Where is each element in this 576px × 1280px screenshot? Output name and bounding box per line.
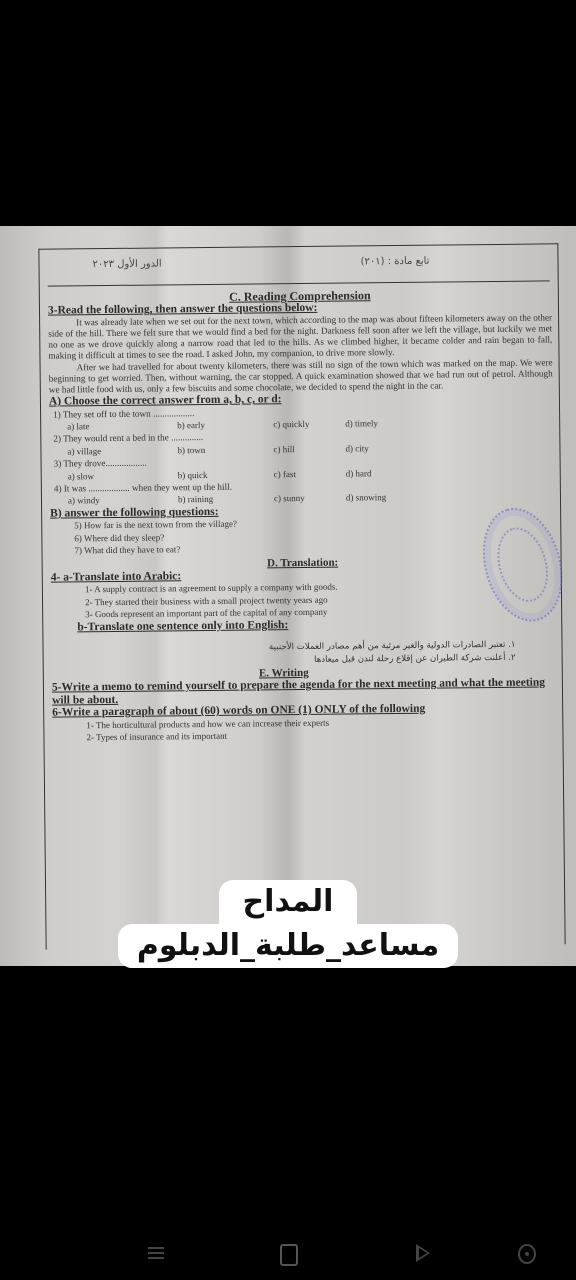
mcq-option: b) early: [177, 418, 273, 431]
exam-header: تابع مادة : (٢٠١) الدور الأول ٢٠٢٣: [47, 244, 549, 286]
watermark-line2: مساعد_طلبة_الدبلوم: [118, 924, 458, 968]
mcq-option: a) windy: [68, 494, 178, 508]
mcq-option: d) hard: [346, 466, 436, 479]
mcq-option: d) snowing: [346, 491, 436, 504]
exam-session: الدور الأول ٢٠٢٣: [92, 258, 161, 270]
exam-content: C. Reading Comprehension 3-Read the foll…: [40, 281, 563, 744]
watermark-caption: المداح مساعد_طلبة_الدبلوم: [0, 880, 576, 968]
mcq-option: c) hill: [273, 442, 345, 455]
mcq-option: b) town: [177, 443, 273, 456]
home-icon[interactable]: [280, 1244, 298, 1266]
exam-photo: تابع مادة : (٢٠١) الدور الأول ٢٠٢٣ C. Re…: [0, 226, 576, 966]
passage-paragraph: It was already late when we set out for …: [48, 312, 552, 362]
system-nav-bar: [0, 1200, 576, 1280]
mcq-option: b) raining: [178, 493, 274, 506]
mcq-option: a) village: [67, 444, 177, 458]
mcq-option: c) fast: [274, 467, 346, 480]
assistant-icon[interactable]: [518, 1244, 536, 1264]
mcq-option: d) timely: [345, 417, 435, 430]
passage-paragraph: After we had travelled for about twenty …: [49, 357, 553, 396]
menu-icon[interactable]: [148, 1244, 168, 1264]
back-icon[interactable]: [416, 1244, 430, 1262]
mcq-option: b) quick: [178, 468, 274, 481]
mcq-option: a) slow: [68, 469, 178, 483]
mcq-option: c) quickly: [273, 418, 345, 431]
watermark-line1: المداح: [219, 880, 358, 924]
reading-passage: It was already late when we set out for …: [48, 312, 553, 396]
subject-code: تابع مادة : (٢٠١): [361, 256, 430, 268]
mcq-option: d) city: [345, 441, 435, 454]
mcq-option: c) sunny: [274, 492, 346, 505]
mcq-option: a) late: [67, 419, 177, 433]
exam-sheet: تابع مادة : (٢٠١) الدور الأول ٢٠٢٣ C. Re…: [38, 243, 565, 949]
